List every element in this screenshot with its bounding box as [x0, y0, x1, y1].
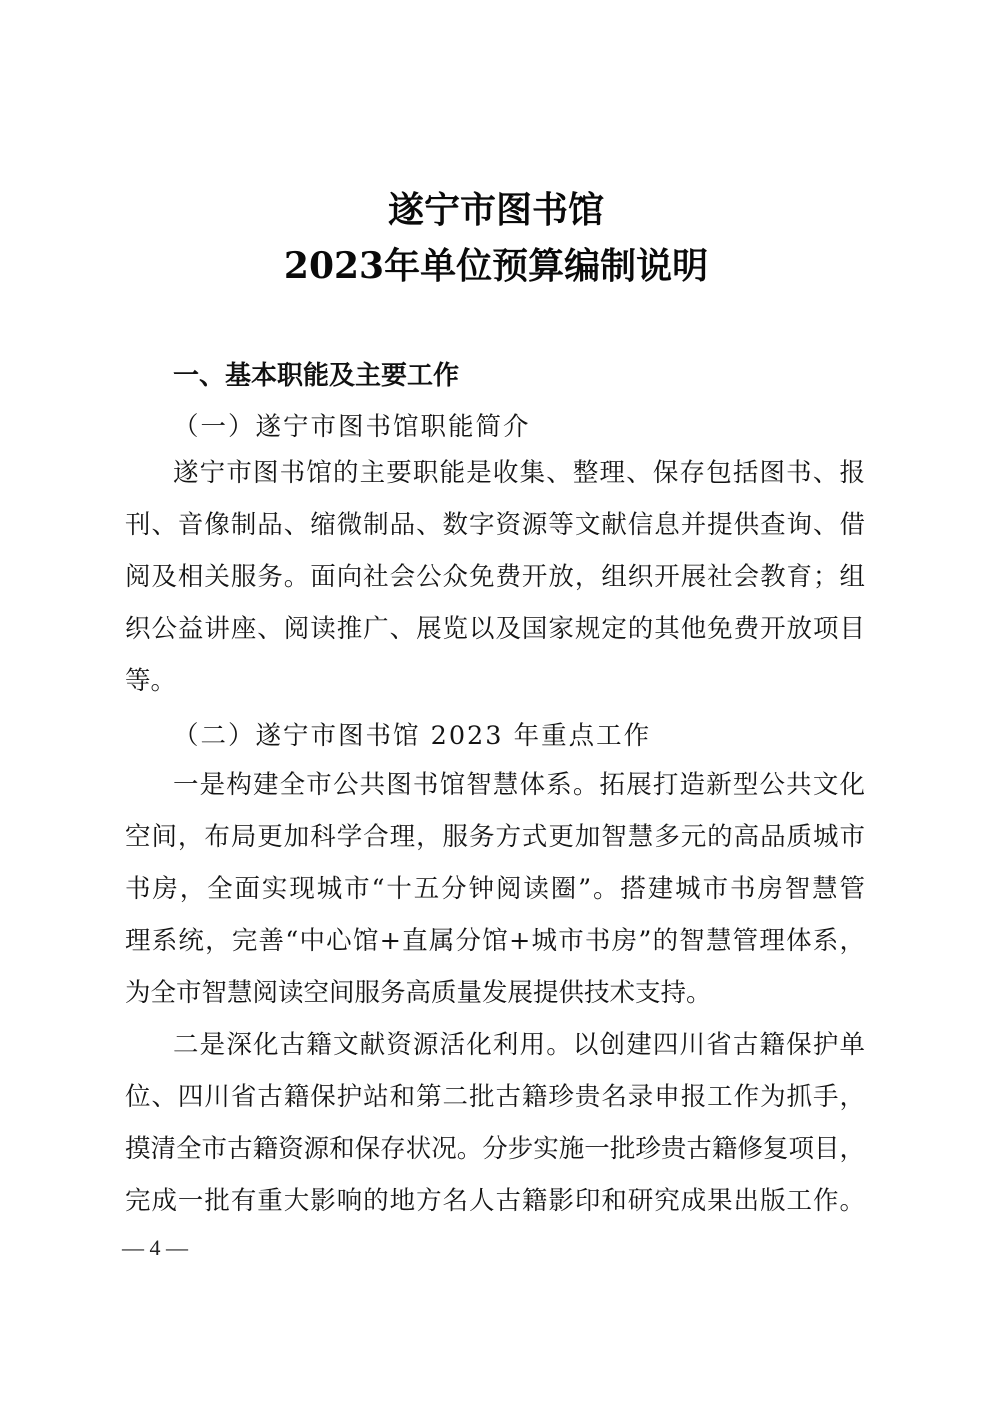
paragraph-line: 理系统，完善“中心馆+直属分馆+城市书房”的智慧管理体系， — [125, 924, 865, 958]
paragraph-line: 空间，布局更加科学合理，服务方式更加智慧多元的高品质城市 — [125, 820, 865, 854]
paragraph-line: 为全市智慧阅读空间服务高质量发展提供技术支持。 — [125, 976, 865, 1010]
paragraph-line: 位、四川省古籍保护站和第二批古籍珍贵名录申报工作为抓手， — [125, 1080, 865, 1114]
paragraph-line: 书房，全面实现城市“十五分钟阅读圈”。搭建城市书房智慧管 — [125, 872, 865, 906]
paragraph-line: 织公益讲座、阅读推广、展览以及国家规定的其他免费开放项目 — [125, 612, 865, 646]
page-title-line-1: 遂宁市图书馆 — [0, 182, 992, 233]
paragraph-line: 刊、音像制品、缩微制品、数字资源等文献信息并提供查询、借 — [125, 508, 865, 542]
paragraph-line: 阅及相关服务。面向社会公众免费开放，组织开展社会教育；组 — [125, 560, 865, 594]
paragraph-line: 遂宁市图书馆的主要职能是收集、整理、保存包括图书、报 — [173, 456, 865, 490]
paragraph-line: 二是深化古籍文献资源活化利用。以创建四川省古籍保护单 — [173, 1028, 865, 1062]
paragraph-line: 摸清全市古籍资源和保存状况。分步实施一批珍贵古籍修复项目， — [125, 1132, 865, 1166]
paragraph-line: 一是构建全市公共图书馆智慧体系。拓展打造新型公共文化 — [173, 768, 865, 802]
subsection-heading-function-intro: （一）遂宁市图书馆职能简介 — [173, 407, 531, 443]
page-title-line-2: 2023年单位预算编制说明 — [0, 238, 992, 289]
section-heading-basic-functions: 一、基本职能及主要工作 — [173, 355, 459, 392]
page-number: — 4 — — [122, 1235, 188, 1261]
paragraph-line: 完成一批有重大影响的地方名人古籍影印和研究成果出版工作。 — [125, 1184, 865, 1218]
subsection-heading-key-work-2023: （二）遂宁市图书馆 2023 年重点工作 — [173, 716, 651, 752]
paragraph-line: 等。 — [125, 664, 865, 698]
